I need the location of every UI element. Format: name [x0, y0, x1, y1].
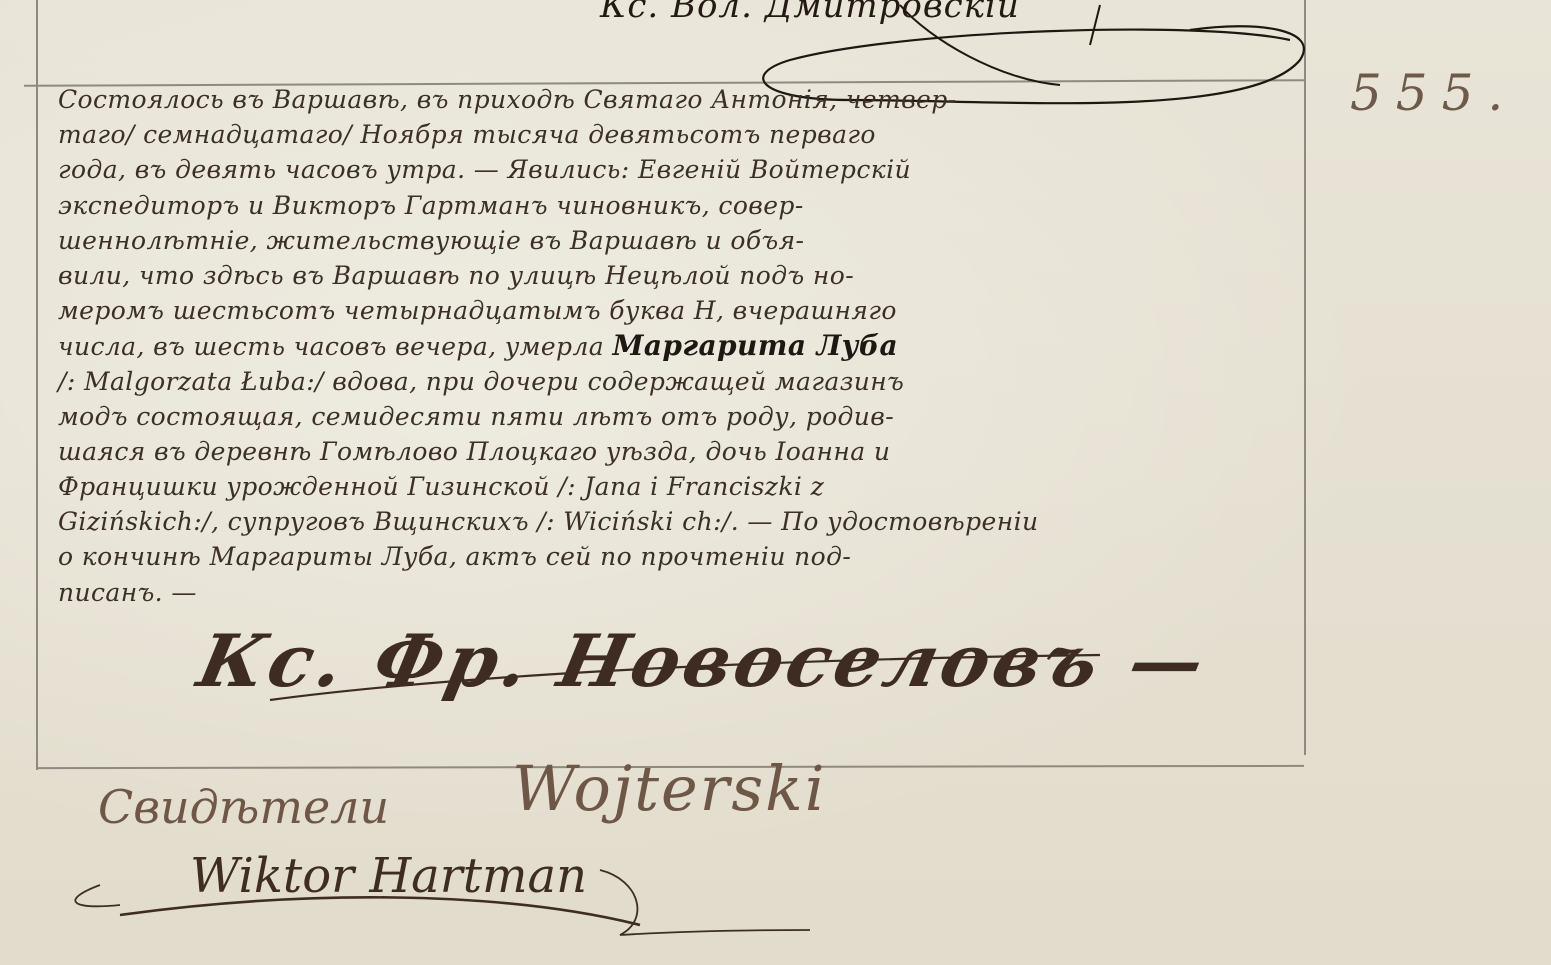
body-line: шаяся въ деревнѣ Гомѣлово Плоцкаго уѣзда… [58, 434, 1320, 469]
act-number: 555. [1350, 64, 1517, 122]
official-signature-header: Кс. Вол. Дмитровскій [600, 0, 1020, 26]
body-line: Состоялось въ Варшавѣ, въ приходѣ Святаг… [58, 82, 1320, 117]
body-line: меромъ шестьсотъ четырнадцатымъ буква Н,… [58, 293, 1320, 328]
deceased-name: Маргарита Луба [612, 329, 898, 362]
left-margin-rule [36, 0, 38, 770]
body-line: вили, что здѣсь въ Варшавѣ по улицѣ Нецѣ… [58, 258, 1320, 293]
witnesses-label: Свидѣтели [98, 780, 389, 834]
body-line: Францишки урожденной Гизинской /: Jana i… [58, 469, 1320, 504]
body-line: писанъ. — [58, 575, 1320, 610]
body-line: о кончинѣ Маргариты Луба, актъ сей по пр… [58, 539, 1320, 574]
body-line: Gizińskich:/, супруговъ Вщинскихъ /: Wic… [58, 504, 1320, 539]
body-line: экспедиторъ и Викторъ Гартманъ чиновникъ… [58, 188, 1320, 223]
body-line: шеннолѣтніе, жительствующіе въ Варшавѣ и… [58, 223, 1320, 258]
body-line: /: Malgorzata Łuba:/ вдова, при дочери с… [58, 364, 1320, 399]
witness-signature-2: Wiktor Hartman [190, 848, 587, 904]
body-line: модъ состоящая, семидесяти пяти лѣтъ отъ… [58, 399, 1320, 434]
body-line: года, въ девять часовъ утра. — Явились: … [58, 152, 1320, 187]
witness-signature-1: Wojterski [512, 752, 827, 825]
body-line: числа, въ шесть часовъ вечера, умерла Ма… [58, 328, 1320, 363]
record-body: Состоялось въ Варшавѣ, въ приходѣ Святаг… [58, 82, 1320, 610]
body-line: таго/ семнадцатаго/ Ноября тысяча девять… [58, 117, 1320, 152]
body-line-text: числа, въ шесть часовъ вечера, умерла [58, 332, 604, 361]
priest-signature: Кс. Фр. Новоселовъ — [191, 618, 1216, 703]
